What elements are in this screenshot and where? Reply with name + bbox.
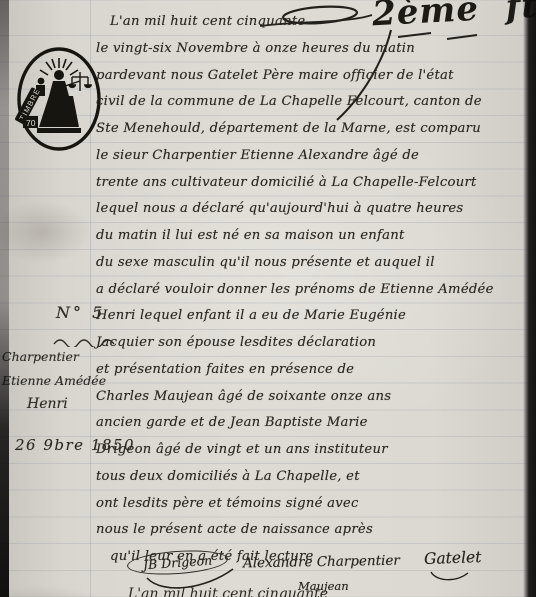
page-edge-shadow-right — [523, 0, 536, 597]
act-line: ont lesdits père et témoins signé avec — [96, 491, 528, 518]
scales-icon — [65, 72, 91, 91]
act-line: trente ans cultivateur domicilié à La Ch… — [96, 170, 528, 197]
act-line: du sexe masculin qu'il nous présente et … — [96, 250, 528, 277]
signature-charpentier: Alexandre Charpentier — [243, 553, 400, 572]
margin-act-number: N° 5 — [56, 303, 105, 322]
act-line: pardevant nous Gatelet Père maire offici… — [96, 63, 528, 90]
act-body: L'an mil huit cent cinquante le vingt-si… — [96, 9, 528, 571]
act-line: Drigeon âgé de vingt et un ans institute… — [96, 437, 528, 464]
margin-name-surname: Charpentier — [2, 349, 79, 364]
margin-date: 26 9bre 1850 — [15, 436, 135, 454]
margin-squiggle — [52, 337, 118, 347]
binding-shadow-left — [0, 0, 9, 597]
act-line: lequel nous a déclaré qu'aujourd'hui à q… — [96, 196, 528, 223]
margin-name-thirdname: Henri — [27, 396, 68, 412]
act-line: le vingt-six Novembre à onze heures du m… — [96, 36, 528, 63]
act-line: Charles Maujean âgé de soixante onze ans — [96, 384, 528, 411]
act-line: Henri lequel enfant il a eu de Marie Eug… — [96, 303, 528, 330]
act-line: le sieur Charpentier Etienne Alexandre â… — [96, 143, 528, 170]
seated-justice-figure-icon — [36, 70, 81, 133]
act-line: nous le présent acte de naissance après — [96, 517, 528, 544]
margin-name-firstnames: Etienne Amédée — [2, 373, 106, 388]
act-line: du matin il lui est né en sa maison un e… — [96, 223, 528, 250]
act-line: ancien garde et de Jean Baptiste Marie — [96, 410, 528, 437]
next-act-partial-line: L'an mil huit cent cinquante — [128, 586, 328, 597]
act-line: civil de la commune de La Chapelle Felco… — [96, 89, 528, 116]
act-line: a déclaré vouloir donner les prénoms de … — [96, 277, 528, 304]
stamp-value: 70 — [26, 118, 36, 128]
act-line: et présentation faites en présence de — [96, 357, 528, 384]
stamp-value-box: 70 — [23, 116, 38, 128]
act-line: Ste Menehould, département de la Marne, … — [96, 116, 528, 143]
timbre-stamp-seal: TIMBRE 70 — [14, 44, 104, 154]
act-line: L'an mil huit cent cinquante — [96, 9, 528, 36]
register-page-scan: TIMBRE 70 2ème ft L'an mil huit cent cin… — [0, 0, 536, 597]
act-line: tous deux domiciliés à La Chapelle, et — [96, 464, 528, 491]
act-line: Jacquier son épouse lesdites déclaration — [96, 330, 528, 357]
signature-gatelet: Gatelet — [424, 548, 482, 568]
